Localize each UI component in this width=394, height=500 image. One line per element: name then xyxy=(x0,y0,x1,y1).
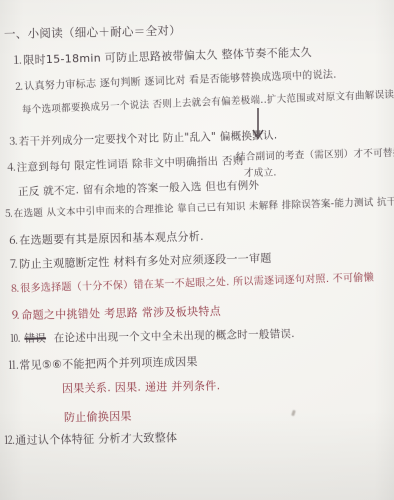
side-note-line-2: 才成立. xyxy=(244,168,277,179)
note-line-10: ⒑ 错误 在论述中出现一个文中全未出现的概念时一般错误. xyxy=(10,329,295,346)
note-line-1: ⒈限时15-18min 可防止思路被带偏太久 整体节奏不能太久 xyxy=(12,47,312,67)
note-title: 一、小阅读（细心＋耐心＝全对） xyxy=(4,24,181,40)
note-photo: 一、小阅读（细心＋耐心＝全对） ⒈限时15-18min 可防止思路被带偏太久 整… xyxy=(0,0,394,500)
note-line-2: ⒉认真努力审标志 逐句判断 逐词比对 看是否能够替换成选项中的说法. xyxy=(14,70,337,93)
note-line-9-red: ⒐命题之中挑错处 考思路 常涉及板块特点 xyxy=(10,306,221,323)
note-line-8-red: ⒏很多选择题（十分不保）错在某一不起眼之处. 所以需逐词逐句对照. 不可偷懒 xyxy=(10,273,374,295)
down-arrow-annotation xyxy=(250,106,266,144)
note-line-11-sub2-red: 防止偷换因果 xyxy=(64,411,132,425)
side-note-line-1: 结合副词的考查（需区别）才不可替换 xyxy=(236,149,394,164)
note-line-4: ⒋注意到每句 限定性词语 除非文中明确指出 否则 xyxy=(6,156,244,175)
note-line-6: ⒍在选题要有其是原因和基本观点分析. xyxy=(8,231,204,247)
struck-word: 错误 xyxy=(24,332,46,344)
note-line-11: ⒒常见⑤⑥不能把两个并列项连成因果 xyxy=(8,356,198,372)
note-line-4-cont: 正反 就不定. 留有余地的答案一般入选 但也有例外 xyxy=(18,180,260,198)
note-line-7: ⒎防止主观臆断定性 材料有多处对应须逐段一一审题 xyxy=(8,253,272,272)
note-line-3: ⒊若干并列成分一定要找个对比 防止"乱入" 偏概换默认. xyxy=(8,130,278,148)
note-line-10-number: ⒑ xyxy=(10,333,21,345)
note-line-2-cont: 每个选项都要换成另一个说法 否则上去就会有偏差极端..扩大范围或对原文有曲解误读 xyxy=(22,90,394,116)
note-line-5: ⒌在选题 从文本中引申而来的合理推论 靠自己已有知识 未解释 排除误答案-能力测… xyxy=(4,197,394,220)
paper-speck xyxy=(291,410,296,417)
note-line-10-text: 在论述中出现一个文中全未出现的概念时一般错误. xyxy=(54,328,295,344)
note-line-12: ⒓通过认个体特征 分析才大致整体 xyxy=(4,432,177,447)
note-line-11-sub-red: 因果关系. 因果. 递进 并列条件. xyxy=(62,380,221,395)
